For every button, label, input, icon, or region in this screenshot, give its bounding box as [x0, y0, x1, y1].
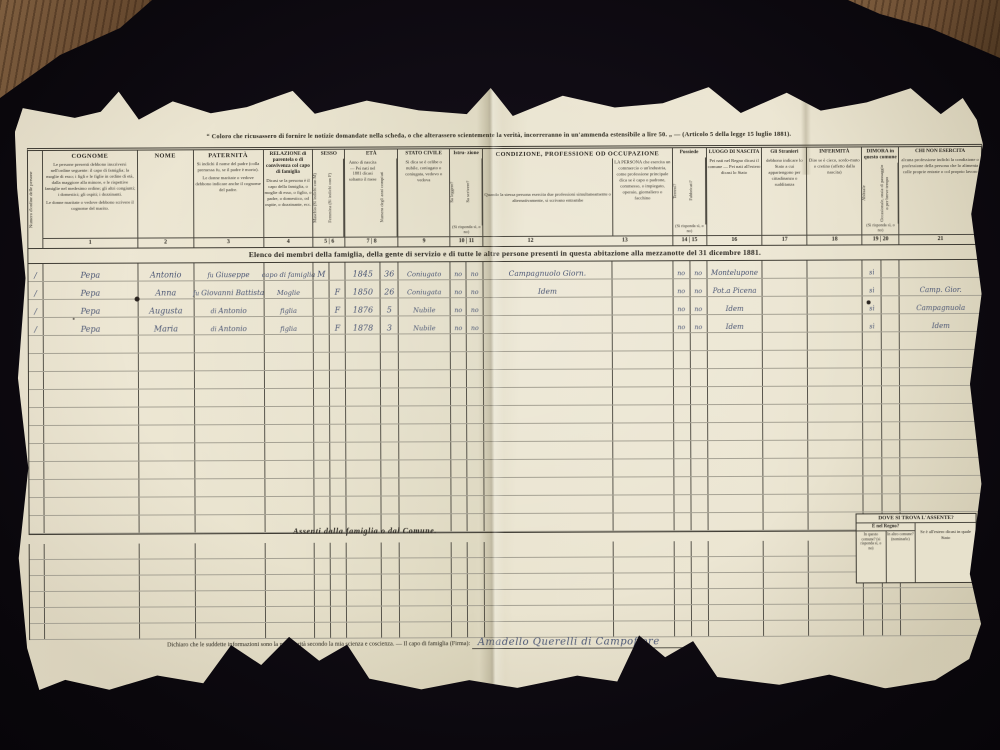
cell-dimora-abituale	[862, 350, 881, 367]
cell-cognome	[43, 462, 138, 479]
cell-sesso-f	[330, 575, 346, 590]
cell-condizione	[483, 406, 612, 424]
cell-sesso-f	[330, 425, 346, 442]
cell-stato-civile: Nubile	[398, 316, 450, 333]
col-istruzione: Istru- zione Sa leggere? Sa scrivere? (S…	[449, 149, 482, 246]
cell-infermita	[807, 368, 862, 385]
cell-luogo-nascita	[707, 441, 763, 458]
cell-stranieri	[763, 495, 808, 512]
cell-anni: 26	[380, 280, 398, 297]
cell-anni	[380, 352, 398, 369]
cell-stranieri	[763, 441, 808, 458]
col-luogo-nascita: LUOGO DI NASCITA Pei nati nel Regno dica…	[706, 148, 762, 245]
cell-condizione	[484, 606, 613, 622]
cell-terreni	[673, 387, 690, 404]
cell-persona	[612, 405, 673, 422]
cell-luogo-nascita	[708, 605, 764, 620]
cell-nome	[138, 443, 194, 460]
cell-fabbricati	[690, 541, 707, 556]
cell-sa-scrivere	[467, 558, 484, 573]
cell-stato-civile	[399, 542, 451, 557]
cell-sa-leggere	[451, 558, 467, 573]
assenti-rows	[30, 540, 983, 640]
cell-condizione	[483, 334, 612, 352]
assente-altro-comune-label: In altro comune? (nominarlo)	[885, 531, 915, 582]
cell-sa-scrivere	[466, 352, 483, 369]
cell-stato-civile	[399, 496, 451, 513]
cell-stranieri	[763, 423, 808, 440]
cell-sesso-f	[330, 543, 346, 558]
cell-terreni	[672, 351, 689, 368]
cell-sesso-m	[313, 299, 329, 316]
cell-persona	[612, 477, 673, 494]
cell-sa-leggere: no	[450, 316, 466, 333]
cell-chi-alimenta	[900, 620, 983, 635]
cell-condizione	[483, 478, 612, 496]
sesso-femmina-label: Femmina (Si indichi con F)	[328, 159, 344, 237]
cell-relazione	[264, 461, 314, 478]
cell-terreni	[673, 459, 690, 476]
cell-numero	[29, 444, 43, 461]
cell-stranieri	[762, 261, 807, 278]
cell-dimora-abituale	[863, 604, 882, 619]
cell-sesso-m	[314, 425, 330, 442]
cell-dimora-occasionale	[881, 278, 899, 295]
cell-cognome	[43, 480, 138, 497]
cell-nome	[138, 389, 194, 406]
cell-anni	[381, 542, 399, 557]
cell-luogo-nascita	[707, 557, 763, 572]
cell-infermita	[807, 386, 862, 403]
cell-fabbricati	[690, 369, 707, 386]
cell-stranieri	[762, 387, 807, 404]
cell-infermita	[808, 620, 863, 635]
cell-stato-civile	[398, 334, 450, 351]
cell-fabbricati	[690, 441, 707, 458]
cell-paternita	[194, 543, 264, 558]
cell-sa-scrivere	[466, 334, 483, 351]
cell-fabbricati: no	[689, 297, 706, 314]
cell-sa-leggere	[450, 478, 466, 495]
cell-sesso-f	[330, 497, 346, 514]
cell-luogo-nascita: Montelupone	[706, 261, 762, 278]
cell-dimora-abituale	[863, 476, 882, 493]
cell-relazione	[264, 607, 314, 622]
cell-dimora-occasionale	[881, 440, 899, 457]
cell-stato-civile: Nubile	[398, 298, 450, 315]
cell-condizione	[483, 388, 612, 406]
cell-sesso-f	[329, 335, 345, 352]
cell-paternita	[194, 425, 264, 442]
cell-sa-scrivere	[467, 496, 484, 513]
cell-infermita	[808, 476, 863, 493]
cell-condizione	[484, 496, 613, 514]
cell-numero	[29, 426, 43, 443]
cell-relazione	[263, 353, 313, 370]
cell-sa-leggere	[451, 622, 467, 637]
cell-fabbricati: no	[689, 315, 706, 332]
cell-sa-leggere	[450, 460, 466, 477]
cell-dimora-occasionale	[881, 350, 899, 367]
cell-anni: 3	[380, 316, 398, 333]
cell-paternita	[195, 591, 265, 606]
cell-dimora-occasionale	[882, 620, 900, 635]
cell-infermita	[808, 440, 863, 457]
census-table: Numero d'ordine delle persone COGNOME Le…	[27, 144, 984, 535]
census-sheet: “ Coloro che ricusassero di fornire le n…	[15, 84, 986, 696]
cell-numero	[29, 408, 43, 425]
cell-stranieri	[762, 333, 807, 350]
cell-chi-alimenta	[900, 494, 983, 511]
cell-relazione	[264, 425, 314, 442]
cell-stato-civile	[398, 370, 450, 387]
cell-terreni: no	[672, 315, 689, 332]
cell-anno-nascita	[346, 575, 381, 590]
cell-sesso-m	[313, 317, 329, 334]
cell-sa-scrivere	[467, 590, 484, 605]
cell-paternita	[194, 389, 264, 406]
cell-infermita	[807, 296, 862, 313]
ink-blot	[867, 300, 871, 304]
cell-infermita	[807, 260, 862, 277]
cell-luogo-nascita	[708, 621, 764, 636]
col-stranieri: Gli Stranieri debbono indicare lo Stato …	[761, 148, 806, 245]
cell-dimora-occasionale	[881, 386, 899, 403]
declaration-text: Dichiaro che le suddette informazioni so…	[167, 641, 470, 648]
cell-nome: Antonio	[137, 263, 193, 280]
cell-numero	[30, 608, 44, 623]
cell-relazione	[264, 407, 314, 424]
cell-fabbricati	[690, 573, 707, 588]
cell-stranieri	[763, 513, 808, 530]
cell-anno-nascita	[345, 353, 380, 370]
cell-stranieri	[763, 477, 808, 494]
col-sesso: SESSO Maschio (Si indichi con M) Femmina…	[312, 150, 344, 247]
cell-sa-leggere	[450, 370, 466, 387]
cell-numero: ∕	[29, 300, 43, 317]
cell-condizione: Idem	[483, 280, 612, 298]
cell-sa-scrivere	[466, 442, 483, 459]
cell-numero	[30, 560, 44, 575]
cell-anno-nascita	[346, 623, 381, 638]
cell-relazione	[264, 575, 314, 590]
cell-anno-nascita	[346, 461, 381, 478]
cell-chi-alimenta	[899, 422, 982, 439]
cell-stato-civile	[399, 558, 451, 573]
cell-dimora-occasionale	[882, 604, 900, 619]
cell-numero	[29, 354, 43, 371]
cell-dimora-abituale	[862, 440, 881, 457]
cell-paternita	[194, 461, 264, 478]
cell-persona	[612, 387, 673, 404]
cell-condizione	[484, 622, 613, 638]
cell-anno-nascita	[345, 407, 380, 424]
cell-stranieri	[762, 369, 807, 386]
cell-dimora-abituale	[862, 404, 881, 421]
cell-infermita	[808, 458, 863, 475]
cell-relazione: figlia	[263, 299, 313, 316]
cell-nome	[139, 591, 195, 606]
cell-condizione	[483, 424, 612, 442]
cell-sa-scrivere: no	[466, 316, 483, 333]
cell-cognome	[44, 624, 139, 639]
cell-persona	[611, 315, 672, 332]
col-relazione: RELAZIONE di parentela o di convivenza c…	[262, 150, 312, 247]
cell-anni	[381, 558, 399, 573]
cell-sesso-m	[314, 607, 330, 622]
cell-dimora-abituale: sì	[862, 296, 881, 313]
cell-relazione	[263, 335, 313, 352]
cell-sesso-m	[313, 407, 329, 424]
cell-persona	[612, 557, 673, 572]
abituale-label: Abituale	[862, 162, 880, 223]
cell-stranieri	[763, 573, 808, 588]
cell-cognome: Pepa	[43, 300, 138, 317]
cell-nome: Anna	[137, 281, 193, 298]
cell-numero: ∕	[29, 318, 43, 335]
cell-terreni: no	[672, 279, 689, 296]
cell-paternita: diAntonio	[193, 317, 263, 334]
cell-dimora-occasionale	[881, 260, 899, 277]
penalty-warning: “ Coloro che ricusassero di fornire le n…	[15, 130, 983, 141]
cell-terreni: no	[672, 261, 689, 278]
col-stato-civile: STATO CIVILE Si dica se è celibe o nubil…	[397, 149, 449, 246]
cell-luogo-nascita: Idem	[706, 315, 762, 332]
col-eta: ETÀ Anno di nascita — Pei nati nel 1881 …	[344, 149, 397, 246]
col-cognome: COGNOME Le persone presenti debbono insc…	[42, 151, 137, 248]
cell-sesso-f	[329, 389, 345, 406]
cell-nome	[139, 623, 195, 638]
cell-luogo-nascita: Idem	[706, 297, 762, 314]
cell-paternita	[194, 371, 264, 388]
cell-cognome	[44, 592, 139, 607]
cell-sesso-m	[313, 281, 329, 298]
cell-infermita	[808, 422, 863, 439]
cell-cognome	[43, 390, 138, 407]
cell-numero	[30, 592, 44, 607]
cell-persona	[611, 261, 672, 278]
cell-sesso-f	[330, 607, 346, 622]
cell-sa-scrivere: no	[466, 262, 483, 279]
cell-dimora-occasionale	[881, 422, 899, 439]
cell-fabbricati	[690, 459, 707, 476]
cell-luogo-nascita	[706, 351, 762, 368]
cell-condizione	[484, 590, 613, 606]
cell-nome: Augusta	[137, 299, 193, 316]
cell-fabbricati	[690, 495, 707, 512]
assenti-table: DOVE SI TROVA L'ASSENTE? È nel Regno? In…	[29, 540, 984, 640]
cell-relazione	[264, 479, 314, 496]
cell-stato-civile: Coniugata	[398, 280, 450, 297]
cell-fabbricati	[689, 351, 706, 368]
cell-stato-civile	[399, 460, 451, 477]
cell-paternita	[194, 559, 264, 574]
cell-sa-leggere	[450, 424, 466, 441]
cell-chi-alimenta	[900, 588, 983, 603]
cell-anni	[381, 496, 399, 513]
cell-sa-leggere: no	[450, 298, 466, 315]
cell-chi-alimenta	[899, 332, 982, 349]
anno-nascita-label: Anno di nascita — Pei nati nel 1881 dica…	[345, 158, 380, 236]
cell-condizione: Campagnuolo Giorn.	[482, 262, 611, 280]
cell-sesso-f	[329, 353, 345, 370]
cell-anni	[380, 388, 398, 405]
cell-persona	[613, 605, 674, 620]
cell-anni	[381, 622, 399, 637]
wood-table-corner-right	[840, 0, 1000, 70]
cell-sa-scrivere	[466, 388, 483, 405]
cell-fabbricati	[690, 477, 707, 494]
cell-sa-scrivere	[467, 574, 484, 589]
cell-persona	[612, 495, 673, 512]
cell-condizione	[484, 574, 613, 590]
cell-relazione: Moglie	[263, 281, 313, 298]
col-possiede: Possiede Terreni? Fabbricati? (Si rispon…	[672, 148, 706, 245]
cell-fabbricati	[690, 557, 707, 572]
cell-chi-alimenta: Idem	[899, 314, 982, 331]
wood-table-corner-left	[0, 0, 170, 110]
cell-sa-leggere: no	[450, 280, 466, 297]
cell-anni	[380, 424, 398, 441]
cell-chi-alimenta: Camp. Gior.	[899, 278, 982, 295]
cell-condizione	[484, 542, 613, 558]
cell-cognome	[43, 336, 138, 353]
table-header: Numero d'ordine delle persone COGNOME Le…	[28, 147, 981, 249]
cell-terreni	[672, 333, 689, 350]
cell-infermita	[807, 404, 862, 421]
sa-leggere-label: Sa leggere?	[450, 158, 466, 225]
cell-stranieri	[762, 351, 807, 368]
cell-terreni	[673, 477, 690, 494]
cell-persona	[613, 621, 674, 636]
cell-dimora-abituale: sì	[862, 260, 881, 277]
cell-terreni	[673, 423, 690, 440]
cell-nome	[138, 407, 194, 424]
cell-fabbricati	[690, 405, 707, 422]
cell-luogo-nascita	[706, 369, 762, 386]
cell-persona	[613, 589, 674, 604]
cell-dimora-abituale	[862, 422, 881, 439]
cell-dimora-occasionale	[882, 494, 900, 511]
cell-dimora-abituale: sì	[862, 314, 881, 331]
cell-relazione	[263, 371, 313, 388]
cell-anno-nascita	[345, 335, 380, 352]
cell-cognome	[44, 576, 139, 591]
cell-sesso-f	[330, 591, 346, 606]
cell-sesso-m	[314, 591, 330, 606]
cell-relazione	[264, 543, 314, 558]
cell-sa-leggere	[451, 590, 467, 605]
cell-stranieri	[762, 315, 807, 332]
cell-sesso-f	[329, 407, 345, 424]
cell-cognome	[44, 544, 139, 559]
cell-paternita	[194, 443, 264, 460]
cell-cognome	[44, 608, 139, 623]
cell-sesso-f: F	[329, 299, 345, 316]
cell-luogo-nascita	[707, 495, 763, 512]
cell-terreni: no	[672, 297, 689, 314]
cell-sa-scrivere	[466, 406, 483, 423]
cell-condizione	[483, 460, 612, 478]
cell-dimora-occasionale	[882, 476, 900, 493]
cell-anni	[381, 590, 399, 605]
cell-paternita	[194, 497, 264, 514]
cell-anni	[380, 442, 398, 459]
cell-stato-civile	[399, 590, 451, 605]
cell-sa-leggere	[450, 442, 466, 459]
cell-anno-nascita: 1876	[345, 299, 380, 316]
cell-cognome: Pepa	[42, 264, 137, 281]
cell-paternita	[193, 353, 263, 370]
assente-estero-label: Se è all'estero dicasi in quale Stato	[916, 523, 976, 582]
col-condizione-professione: CONDIZIONE, PROFESSIONE OD OCCUPAZIONE Q…	[482, 148, 672, 246]
cell-chi-alimenta	[900, 476, 983, 493]
cell-sesso-m	[314, 543, 330, 558]
cell-anni	[380, 406, 398, 423]
cell-dimora-abituale	[863, 458, 882, 475]
cell-stranieri	[763, 621, 808, 636]
cell-sesso-m	[314, 479, 330, 496]
cell-sa-leggere	[451, 574, 467, 589]
cell-anno-nascita	[345, 371, 380, 388]
cell-paternita	[193, 335, 263, 352]
cell-nome	[138, 425, 194, 442]
cell-stranieri	[763, 459, 808, 476]
cell-sesso-f	[330, 443, 346, 460]
cell-stato-civile	[398, 352, 450, 369]
cell-luogo-nascita	[707, 513, 763, 530]
head-of-family-signature: Amadello Querelli di Campofiore	[472, 636, 690, 649]
cell-chi-alimenta	[899, 458, 982, 475]
cell-anno-nascita	[346, 607, 381, 622]
cell-sesso-m	[314, 575, 330, 590]
cell-cognome	[44, 560, 139, 575]
cell-paternita	[194, 407, 264, 424]
cell-chi-alimenta	[899, 350, 982, 367]
cell-anni	[381, 460, 399, 477]
cell-numero	[29, 390, 43, 407]
cell-stranieri	[763, 589, 808, 604]
cell-persona	[612, 333, 673, 350]
cell-chi-alimenta	[900, 604, 983, 619]
cell-sa-leggere	[451, 606, 467, 621]
cell-nome	[138, 353, 194, 370]
cell-sa-scrivere	[467, 606, 484, 621]
cell-infermita	[808, 588, 863, 603]
condizione-desc-12: Quando la stessa persona esercita due pr…	[483, 159, 612, 236]
cell-terreni	[674, 605, 691, 620]
cell-dimora-abituale: sì	[862, 278, 881, 295]
cell-anno-nascita: 1878	[345, 317, 380, 334]
cell-persona	[612, 423, 673, 440]
cell-sesso-m	[313, 353, 329, 370]
cell-sa-leggere	[450, 388, 466, 405]
cell-dimora-abituale	[862, 368, 881, 385]
absent-location-box: DOVE SI TROVA L'ASSENTE? È nel Regno? In…	[856, 513, 977, 584]
cell-sa-leggere	[451, 496, 467, 513]
cell-condizione	[483, 370, 612, 388]
cell-dimora-occasionale	[881, 314, 899, 331]
cell-stranieri	[762, 279, 807, 296]
cell-numero	[30, 576, 44, 591]
cell-anni	[380, 370, 398, 387]
cell-cognome	[43, 444, 138, 461]
cell-sesso-m	[313, 335, 329, 352]
cell-stato-civile	[398, 388, 450, 405]
cell-stranieri	[763, 557, 808, 572]
cell-relazione: capo di famiglia	[263, 263, 313, 280]
declaration-line: Dichiaro che le suddette informazioni so…	[167, 635, 977, 650]
